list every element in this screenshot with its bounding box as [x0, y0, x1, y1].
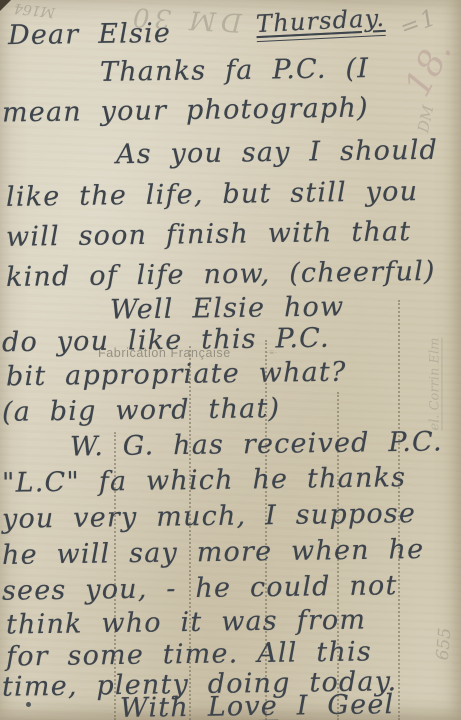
postcard-back: M164 DM 30 =1 18. DM el. Corrin Elm 655 …	[0, 0, 461, 720]
handwritten-line: (a big word that)	[2, 394, 281, 428]
handwritten-line: kind of life now, (cheerful)	[6, 257, 436, 293]
handwritten-line: "L.C" fa which he thanks	[2, 463, 407, 499]
pencil-mark-655: 655	[433, 627, 456, 661]
handwritten-line: do you like this P.C.	[2, 324, 330, 359]
handwritten-line: will soon finish with that	[6, 217, 412, 253]
handwritten-line: mean your photograph)	[2, 93, 369, 128]
handwritten-line: As you say I should	[116, 136, 438, 170]
pencil-mark-top-left-small: M164	[13, 0, 56, 20]
pencil-mark-dm-side: DM	[414, 104, 437, 135]
signature-love-word: Love	[208, 691, 279, 720]
signature-post: I Geel	[297, 689, 395, 720]
scan-corner-artifact	[0, 0, 11, 11]
handwritten-line: W. G. has received P.C.	[70, 427, 443, 462]
handwritten-line: Well Elsie how	[110, 292, 345, 325]
handwritten-line: Dear Elsie	[8, 19, 171, 51]
signature-pre: With	[120, 692, 189, 720]
handwritten-line: you very much, I suppose	[2, 499, 416, 535]
handwritten-line: think who it was from	[6, 605, 367, 640]
handwritten-line: bit appropriate what?	[6, 358, 347, 393]
ink-dot	[26, 702, 31, 707]
day-word: Thursday.	[255, 3, 386, 42]
handwritten-line: Thanks fa P.C. (I	[100, 54, 370, 88]
pencil-inscription-vertical: el. Corrin Elm	[428, 161, 443, 431]
handwritten-line: sees you, - he could not	[2, 571, 398, 607]
handwritten-line: like the life, but still you	[6, 177, 419, 213]
pencil-mark-eighteen: 18.	[397, 34, 460, 104]
date-line: Thursday.	[256, 5, 386, 40]
handwritten-line: he will say more when he	[2, 535, 425, 571]
signature-line: With Love I Geel	[120, 690, 395, 720]
pencil-mark-equals-one: =1	[397, 4, 442, 41]
